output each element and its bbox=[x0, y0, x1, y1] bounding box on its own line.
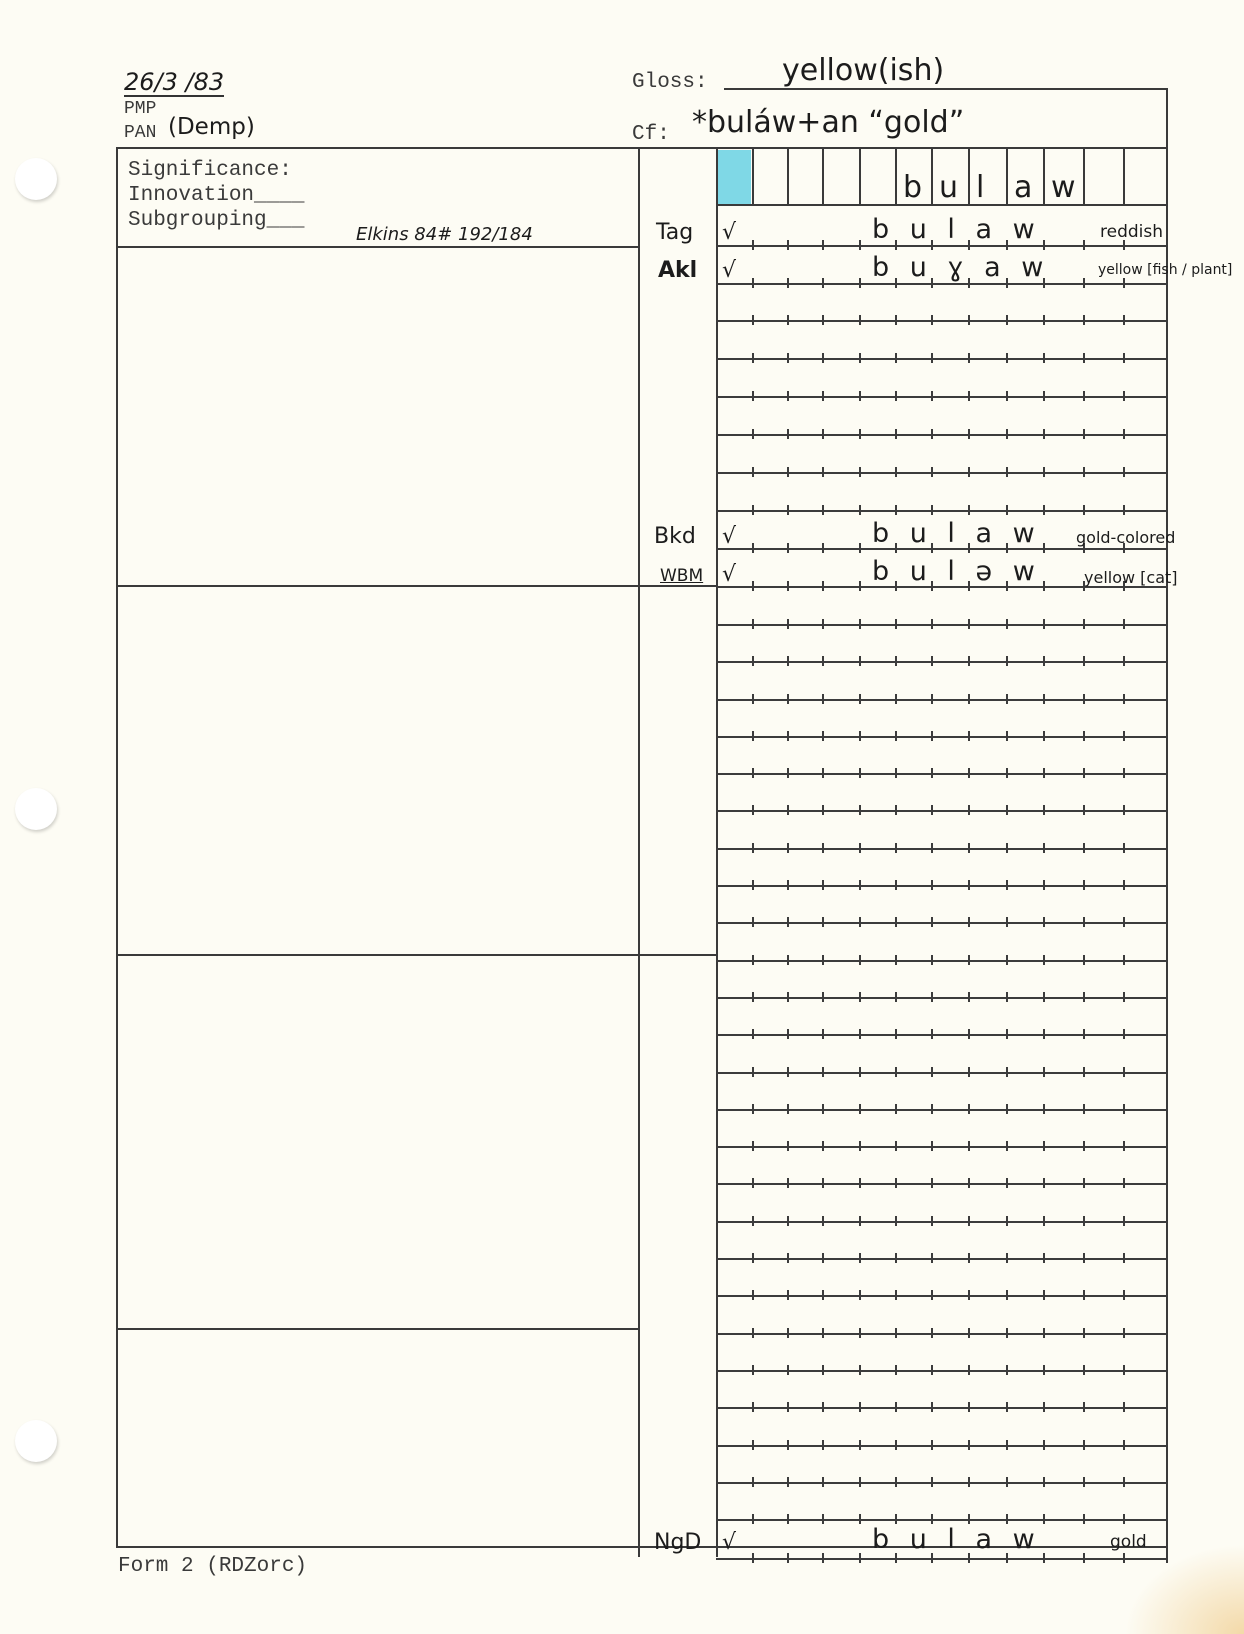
punch-hole-middle bbox=[15, 788, 57, 830]
form-label: Form 2 (RDZorc) bbox=[118, 1556, 307, 1577]
paper-stain bbox=[1124, 1544, 1244, 1634]
reflex-form: b u l a w bbox=[872, 214, 1041, 245]
language-label: WBM bbox=[660, 566, 703, 586]
level-pmp: PMP bbox=[124, 100, 156, 118]
reflex-gloss: reddish bbox=[1100, 222, 1163, 242]
cf-label: Cf: bbox=[632, 124, 670, 145]
gloss-value: yellow(ish) bbox=[782, 56, 944, 86]
innovation-label: Innovation____ bbox=[128, 185, 304, 206]
punch-hole-top bbox=[15, 158, 57, 200]
level-note: (Demp) bbox=[168, 116, 255, 139]
reflex-gloss: yellow [cat] bbox=[1084, 568, 1178, 587]
check-mark: √ bbox=[722, 1530, 736, 1555]
reconstruction-segment: w bbox=[1051, 170, 1076, 205]
date: 26/3 /83 bbox=[124, 70, 224, 97]
reflex-form: b u ɣ a w bbox=[872, 252, 1049, 283]
reflex-gloss: yellow [fish / plant] bbox=[1098, 262, 1232, 278]
reconstruction-segment: a bbox=[1014, 170, 1032, 205]
reflex-form: b u l a w bbox=[872, 518, 1041, 549]
level-pan: PAN bbox=[124, 124, 156, 142]
frame-top-left bbox=[116, 147, 638, 149]
section-divider-3 bbox=[116, 1328, 638, 1330]
subgrouping-label: Subgrouping___ bbox=[128, 210, 304, 231]
reflex-form: b u l a w bbox=[872, 1524, 1041, 1555]
frame-column-divider bbox=[638, 147, 640, 1557]
gloss-label: Gloss: bbox=[632, 72, 708, 93]
frame-right bbox=[1166, 88, 1168, 1563]
language-label: Akl bbox=[658, 258, 697, 283]
reconstruction-segment: l bbox=[976, 170, 984, 205]
frame-top-right bbox=[638, 147, 1168, 149]
language-label: Tag bbox=[656, 220, 693, 245]
section-divider-1 bbox=[116, 585, 716, 587]
significance-title: Significance: bbox=[128, 160, 292, 181]
section-divider-2 bbox=[116, 954, 716, 956]
gloss-underline bbox=[724, 88, 1168, 90]
punch-hole-bottom bbox=[15, 1420, 57, 1462]
cf-value: *buláw+an “gold” bbox=[692, 108, 964, 138]
reconstruction-segment: u bbox=[939, 170, 958, 205]
frame-left bbox=[116, 147, 118, 1547]
check-mark: √ bbox=[722, 562, 736, 587]
reflex-gloss: gold-colored bbox=[1076, 528, 1175, 547]
language-label: NgD bbox=[654, 1530, 701, 1555]
reflex-form: b u l ə w bbox=[872, 556, 1041, 587]
language-label: Bkd bbox=[654, 524, 696, 549]
check-mark: √ bbox=[722, 524, 736, 549]
reference-note: Elkins 84# 192/184 bbox=[356, 226, 533, 244]
check-mark: √ bbox=[722, 220, 736, 245]
significance-divider bbox=[116, 246, 638, 248]
reconstruction-segment: b bbox=[903, 170, 922, 205]
check-mark: √ bbox=[722, 258, 736, 283]
